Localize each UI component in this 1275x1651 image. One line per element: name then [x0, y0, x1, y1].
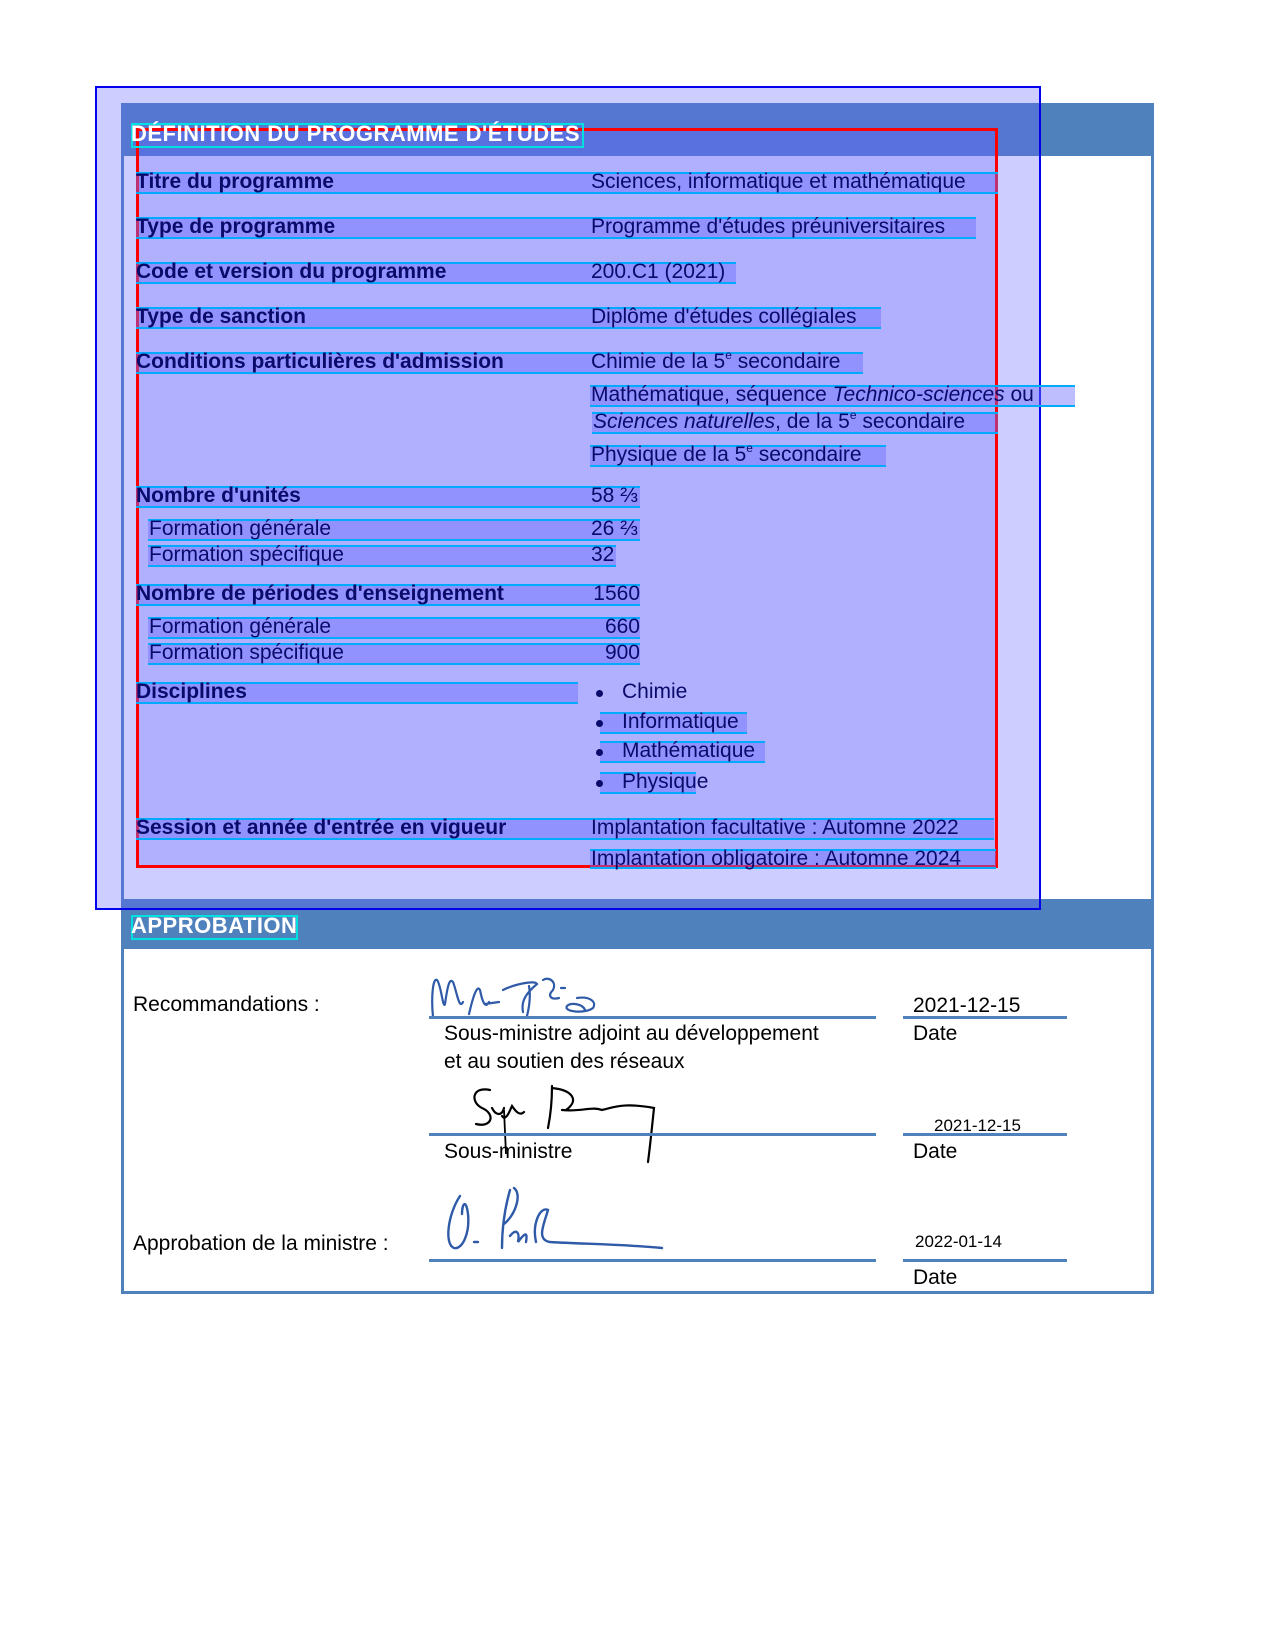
- date-label: Date: [913, 1266, 957, 1290]
- signer-1-title-line1: Sous-ministre adjoint au développement: [444, 1022, 819, 1046]
- bullet-icon: [596, 749, 603, 756]
- definition-section-title: DÉFINITION DU PROGRAMME D'ÉTUDES: [131, 121, 580, 147]
- signature-line: [429, 1259, 876, 1262]
- date-line: [903, 1016, 1067, 1019]
- periods-label: Nombre de périodes d'enseignement: [136, 582, 504, 606]
- signer-1-title-line2: et au soutien des réseaux: [444, 1050, 685, 1074]
- periods-specific-label: Formation spécifique: [149, 641, 344, 665]
- program-type-label: Type de programme: [136, 215, 335, 239]
- session-value-mandatory: Implantation obligatoire : Automne 2024: [591, 847, 961, 871]
- admission-math-line1: Mathématique, séquence Technico-sciences…: [591, 383, 1034, 407]
- approval-section-title: APPROBATION: [131, 913, 297, 939]
- admission-physique: Physique de la 5e secondaire: [591, 443, 862, 467]
- periods-specific-value: 900: [580, 641, 640, 665]
- discipline-item: Physique: [622, 770, 708, 794]
- periods-value: 1560: [580, 582, 640, 606]
- date-label: Date: [913, 1022, 957, 1046]
- bullet-icon: [596, 690, 603, 697]
- signature-line: [429, 1133, 876, 1136]
- program-title-value: Sciences, informatique et mathématique: [591, 170, 966, 194]
- discipline-item: Mathématique: [622, 739, 755, 763]
- minister-date: 2022-01-14: [915, 1232, 1002, 1252]
- discipline-item: Chimie: [622, 680, 687, 704]
- sanction-type-value: Diplôme d'études collégiales: [591, 305, 857, 329]
- program-code-label: Code et version du programme: [136, 260, 446, 284]
- units-general-label: Formation générale: [149, 517, 331, 541]
- admission-math-line2: Sciences naturelles, de la 5e secondaire: [593, 410, 965, 434]
- date-line: [903, 1259, 1067, 1262]
- date-line: [903, 1133, 1067, 1136]
- session-value-optional: Implantation facultative : Automne 2022: [591, 816, 959, 840]
- signer-2-title: Sous-ministre: [444, 1140, 572, 1164]
- session-label: Session et année d'entrée en vigueur: [136, 816, 506, 840]
- date-label: Date: [913, 1140, 957, 1164]
- program-code-value: 200.C1 (2021): [591, 260, 725, 284]
- bullet-icon: [596, 720, 603, 727]
- discipline-item: Informatique: [622, 710, 739, 734]
- units-specific-value: 32: [591, 543, 614, 567]
- program-type-value: Programme d'études préuniversitaires: [591, 215, 945, 239]
- bullet-icon: [596, 780, 603, 787]
- signer-1-date: 2021-12-15: [913, 994, 1020, 1018]
- units-label: Nombre d'unités: [136, 484, 301, 508]
- units-value: 58 ⅔: [591, 484, 638, 508]
- minister-approval-label: Approbation de la ministre :: [133, 1232, 389, 1256]
- recommendations-label: Recommandations :: [133, 993, 320, 1017]
- signature-line: [429, 1016, 876, 1019]
- disciplines-label: Disciplines: [136, 680, 247, 704]
- program-title-label: Titre du programme: [136, 170, 334, 194]
- periods-general-value: 660: [580, 615, 640, 639]
- sanction-type-label: Type de sanction: [136, 305, 306, 329]
- admission-chimie: Chimie de la 5e secondaire: [591, 350, 841, 374]
- units-general-value: 26 ⅔: [591, 517, 638, 541]
- admission-conditions-label: Conditions particulières d'admission: [136, 350, 504, 374]
- units-specific-label: Formation spécifique: [149, 543, 344, 567]
- periods-general-label: Formation générale: [149, 615, 331, 639]
